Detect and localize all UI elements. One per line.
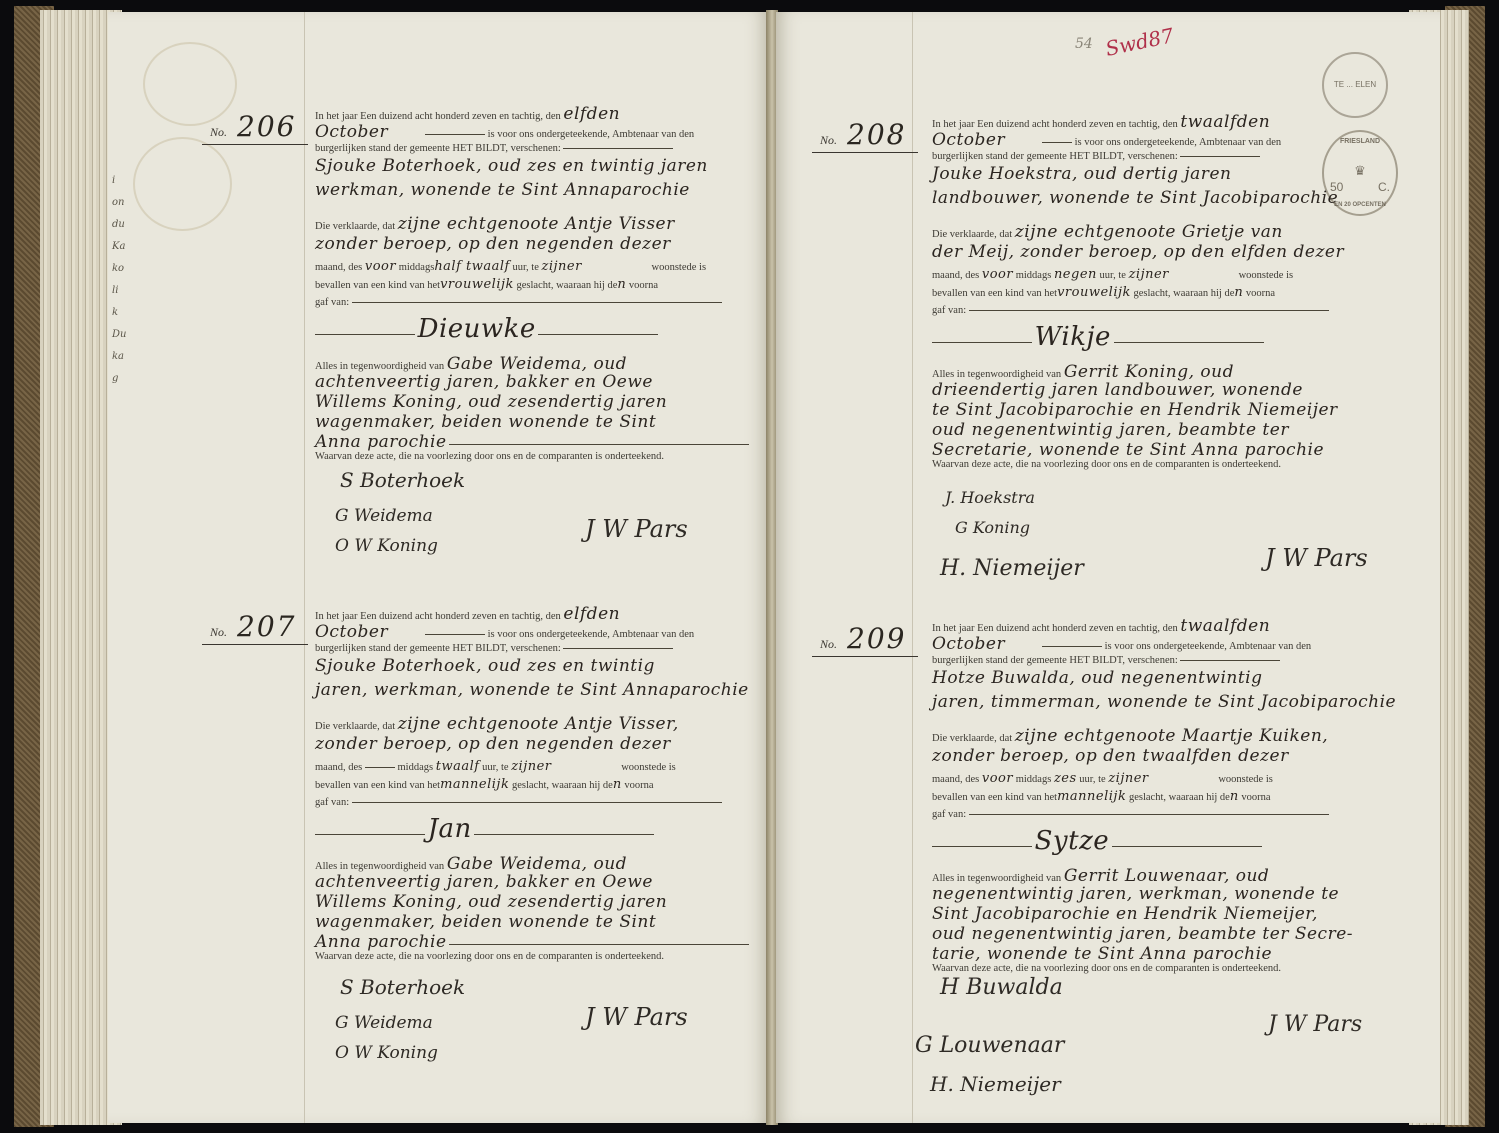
witness-line: Secretarie, wonende te Sint Anna parochi…	[932, 442, 1362, 459]
mother-details: zonder beroep, op den twaalfden dezer	[932, 748, 1362, 765]
round-postmark-stamp: TE ... ELEN	[1322, 52, 1388, 118]
witness-line: oud negenentwintig jaren, beambte ter	[932, 422, 1362, 439]
margin-rule	[304, 12, 305, 1123]
declarant-details: jaren, werkman, wonende te Sint Annaparo…	[315, 682, 755, 699]
signature-witness-2: H. Niemeijer	[940, 556, 1084, 581]
birth-hour: twaalf	[436, 759, 480, 774]
record-month: October	[315, 624, 425, 641]
signature-declarant: S Boterhoek	[340, 975, 465, 999]
witness-line: wagenmaker, beiden wonende te Sint	[315, 914, 755, 931]
witness-line: Gerrit Louwenaar, oud	[1064, 866, 1270, 886]
bleed-through-text: ionduKakolikDukag	[112, 175, 126, 384]
record-month: October	[315, 124, 425, 141]
witness-line: Anna parochie	[315, 932, 447, 952]
child-sex: mannelijk	[1057, 789, 1126, 804]
signature-declarant: J. Hoekstra	[945, 488, 1035, 507]
witness-line: Anna parochie	[315, 432, 447, 452]
declarant-details: landbouwer, wonende te Sint Jacobiparoch…	[932, 190, 1362, 207]
mother-details: der Meij, zonder beroep, op den elfden d…	[932, 244, 1362, 261]
record-number-209: No.209	[820, 622, 906, 655]
mother-name: zijne echtgenoote Maartje Kuiken,	[1015, 726, 1328, 746]
record-month: October	[932, 132, 1042, 149]
child-name: Wikje	[1035, 322, 1111, 352]
declarant-name: Sjouke Boterhoek, oud zes en twintig	[315, 658, 755, 675]
witness-line: te Sint Jacobiparochie en Hendrik Niemei…	[932, 402, 1362, 419]
signature-witness-1: G Louwenaar	[915, 1033, 1064, 1058]
signature-registrar: J W Pars	[585, 515, 688, 543]
record-day: elfden	[563, 104, 620, 124]
record-day: twaalfden	[1180, 112, 1270, 132]
signature-declarant: S Boterhoek	[340, 468, 465, 492]
witness-line: achtenveertig jaren, bakker en Oewe	[315, 374, 755, 391]
faded-stamp-bottom	[133, 137, 232, 231]
mother-details: zonder beroep, op den negenden dezer	[315, 236, 755, 253]
signature-witness-1: G Weidema	[335, 506, 433, 526]
signature-declarant: H Buwalda	[940, 975, 1063, 1000]
mother-name: zijne echtgenoote Antje Visser	[398, 214, 675, 234]
record-number-207: No.207	[210, 610, 296, 643]
signature-witness-1: G Koning	[955, 518, 1030, 537]
witness-line: oud negenentwintig jaren, beambte ter Se…	[932, 926, 1362, 943]
record-day: twaalfden	[1180, 616, 1270, 636]
child-name: Dieuwke	[418, 314, 536, 344]
record-month: October	[932, 636, 1042, 653]
mother-name: zijne echtgenoote Antje Visser,	[398, 714, 679, 734]
witness-line: achtenveertig jaren, bakker en Oewe	[315, 874, 755, 891]
witness-line: negenentwintig jaren, werkman, wonende t…	[932, 886, 1362, 903]
witness-line: Willems Koning, oud zesendertig jaren	[315, 394, 755, 411]
mother-details: zonder beroep, op den negenden dezer	[315, 736, 755, 753]
record-day: elfden	[563, 604, 620, 624]
child-sex: vrouwelijk	[1057, 285, 1131, 300]
birth-hour: zes	[1054, 771, 1077, 786]
signature-registrar: J W Pars	[1265, 544, 1368, 572]
child-sex: vrouwelijk	[440, 277, 514, 292]
margin-rule	[912, 12, 913, 1123]
declarant-name: Hotze Buwalda, oud negenentwintig	[932, 670, 1362, 687]
mother-name: zijne echtgenoote Grietje van	[1015, 222, 1283, 242]
child-name: Jan	[428, 814, 472, 844]
witness-line: Gabe Weidema, oud	[447, 854, 627, 874]
signature-witness-2: O W Koning	[335, 536, 438, 556]
signature-witness-2: O W Koning	[335, 1043, 438, 1063]
witness-line: tarie, wonende te Sint Anna parochie	[932, 946, 1362, 963]
record-number-208: No.208	[820, 118, 906, 151]
birth-hour: half twaalf	[434, 259, 510, 274]
child-sex: mannelijk	[440, 777, 509, 792]
witness-line: drieendertig jaren landbouwer, wonende	[932, 382, 1362, 399]
child-name: Sytze	[1035, 826, 1110, 856]
witness-line: Gerrit Koning, oud	[1064, 362, 1234, 382]
witness-line: wagenmaker, beiden wonende te Sint	[315, 414, 755, 431]
witness-line: Willems Koning, oud zesendertig jaren	[315, 894, 755, 911]
folio-pencil: 54	[1075, 36, 1093, 52]
declarant-name: Sjouke Boterhoek, oud zes en twintig jar…	[315, 158, 755, 175]
birth-hour: negen	[1054, 267, 1097, 282]
signature-registrar: J W Pars	[1268, 1012, 1362, 1037]
signature-registrar: J W Pars	[585, 1003, 688, 1031]
declarant-name: Jouke Hoekstra, oud dertig jaren	[932, 166, 1362, 183]
signature-witness-1: G Weidema	[335, 1013, 433, 1033]
declarant-details: jaren, timmerman, wonende te Sint Jacobi…	[932, 694, 1362, 711]
record-number-206: No.206	[210, 110, 296, 143]
declarant-details: werkman, wonende te Sint Annaparochie	[315, 182, 755, 199]
signature-witness-2: H. Niemeijer	[930, 1072, 1061, 1096]
witness-line: Sint Jacobiparochie en Hendrik Niemeijer…	[932, 906, 1362, 923]
witness-line: Gabe Weidema, oud	[447, 354, 627, 374]
